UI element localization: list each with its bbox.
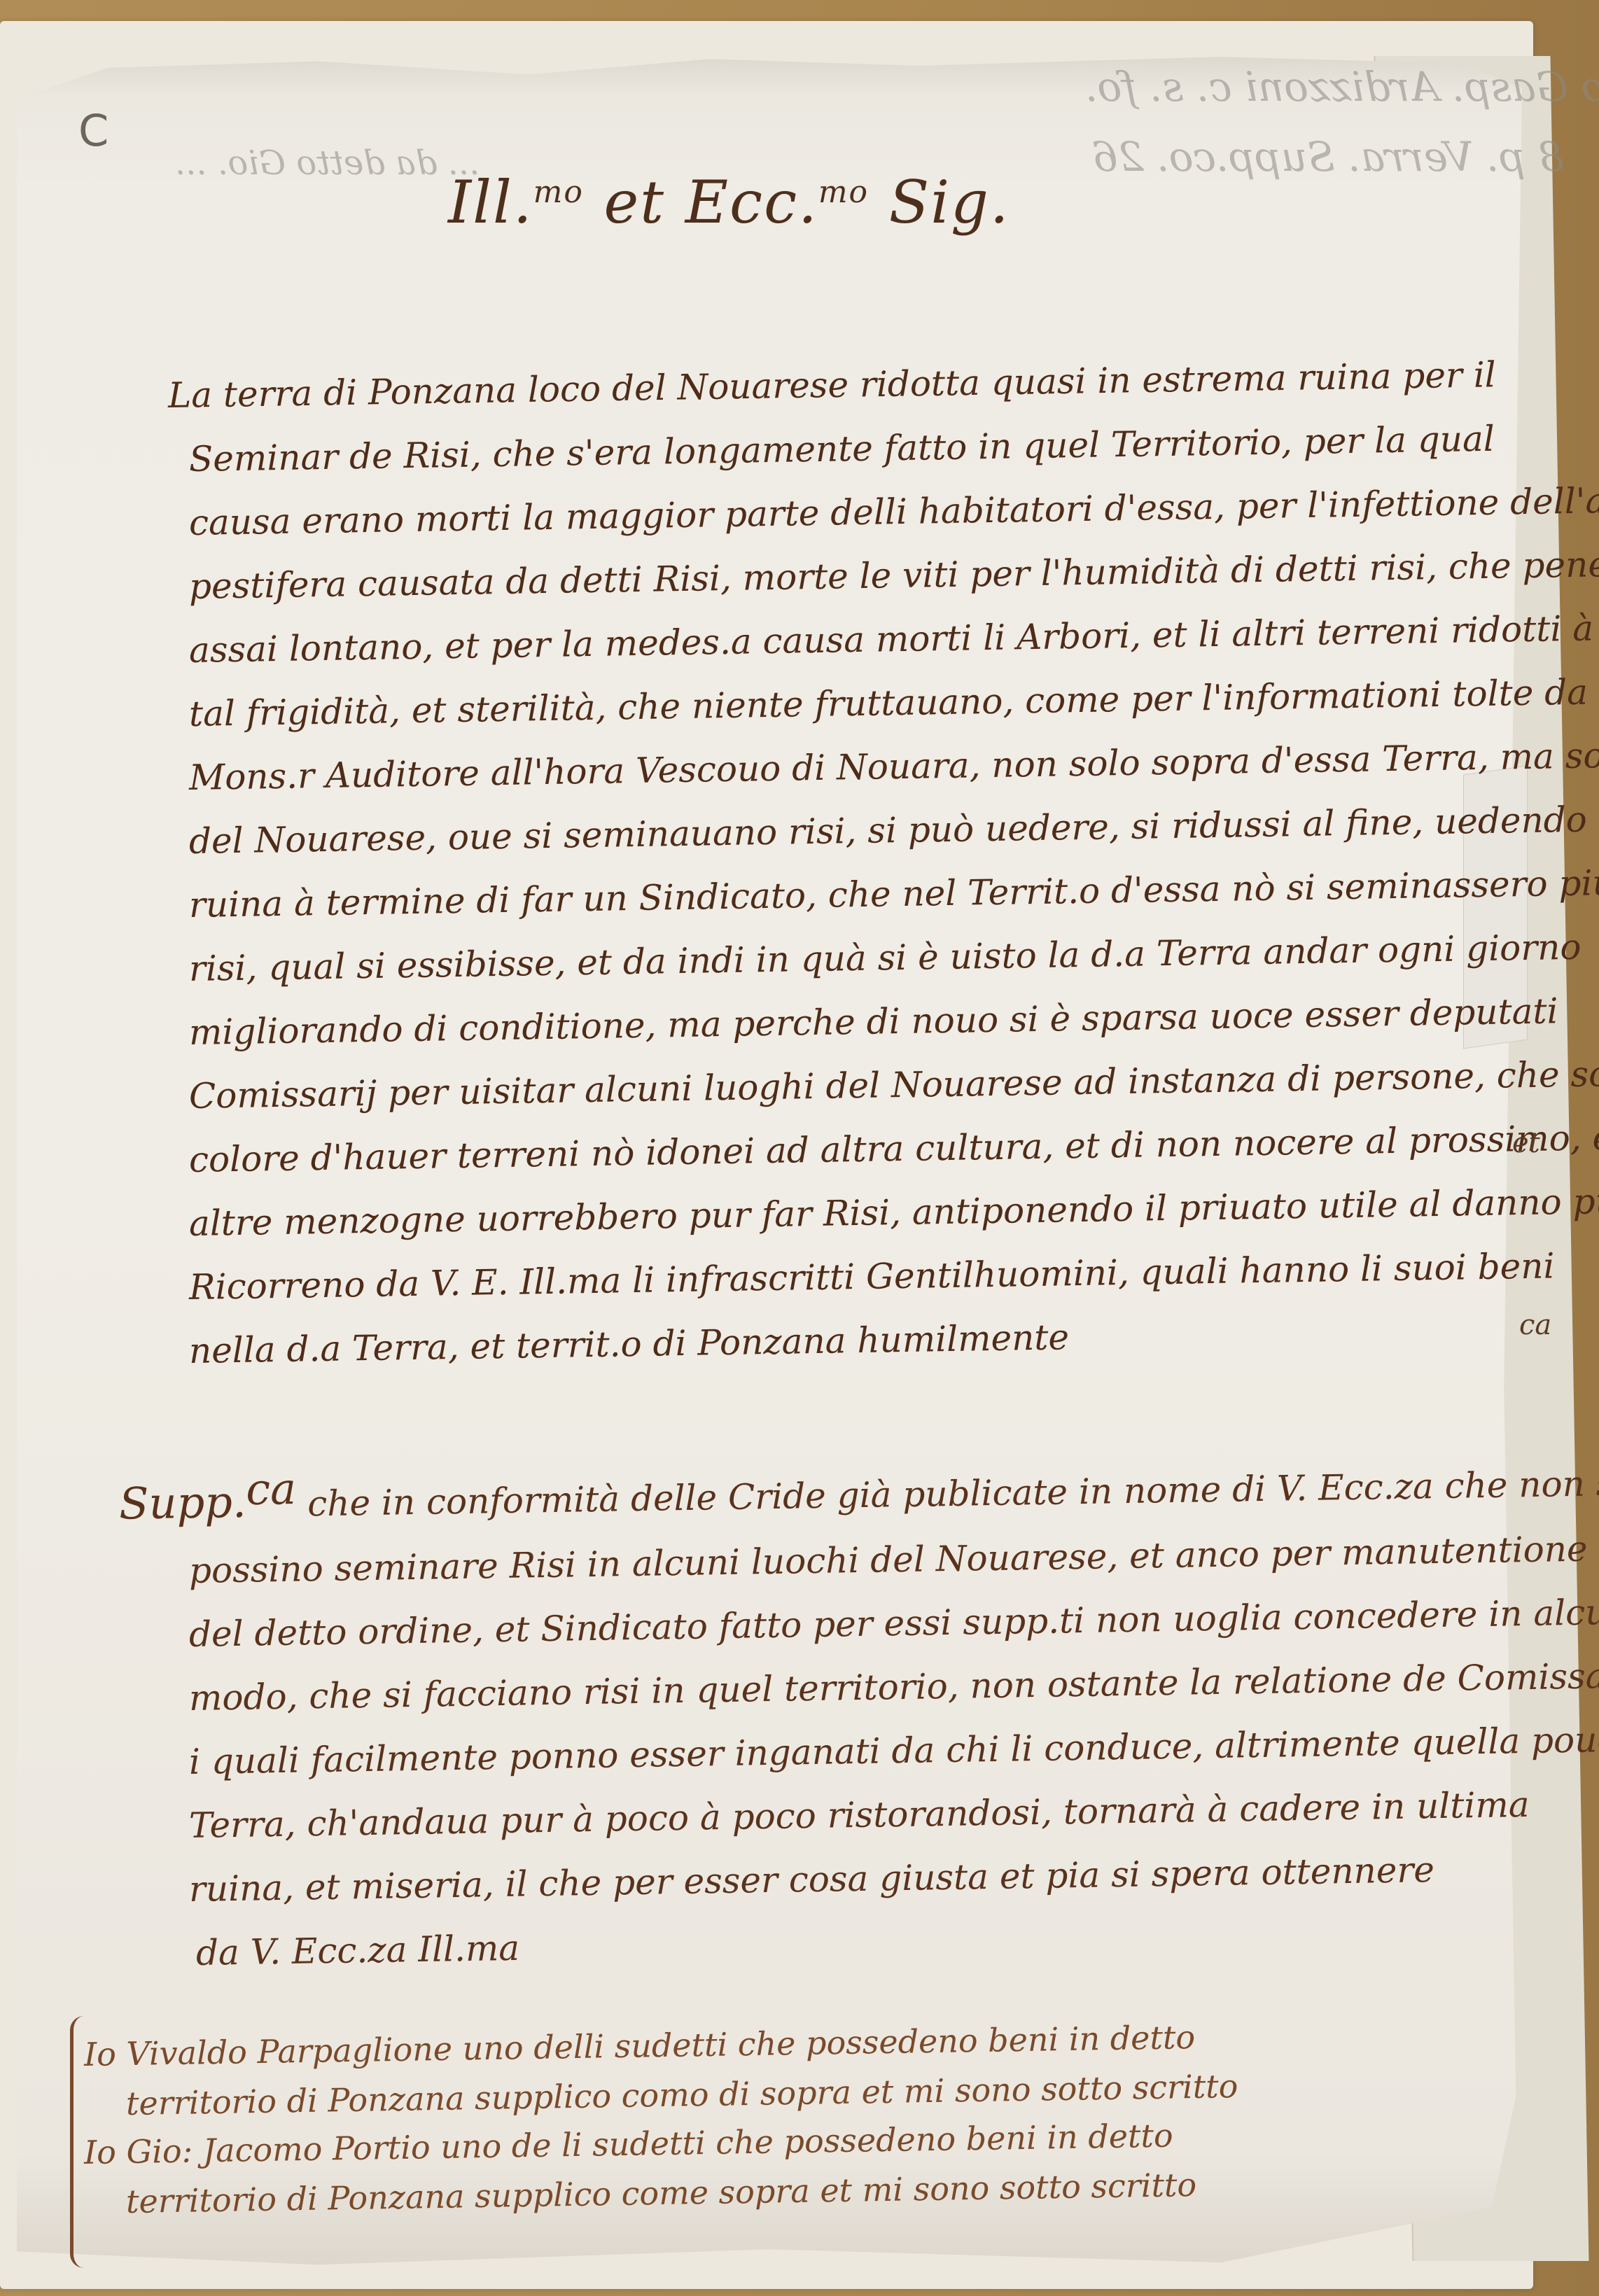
bleed-through-text: 8 p. Verra. Supp.co. 26	[1092, 133, 1564, 181]
supplica-line: che in conformità delle Cride già public…	[307, 1463, 1599, 1525]
margin-note: ca	[1519, 1309, 1551, 1341]
supplica-section: Supp.ca che in conformità delle Cride gi…	[119, 1459, 1519, 1985]
bleed-through-text: ... da detto Gio. ...	[175, 143, 480, 183]
salutation-part: Sig.	[869, 168, 1010, 237]
margin-note: et	[1512, 1127, 1540, 1159]
salutation-part: et Ecc.	[584, 168, 818, 237]
bleed-through-text: Io Gasp. Ardizzoni c. s. fo.	[1085, 63, 1599, 111]
petition-body: La terra di Ponzana loco del Nouarese ri…	[189, 364, 1519, 1383]
salutation-superscript: mo	[818, 174, 869, 210]
salutation-heading: Ill.mo et Ecc.mo Sig.	[448, 168, 1010, 237]
supplica-label-superscript: ca	[246, 1463, 297, 1515]
salutation-superscript: mo	[533, 174, 584, 210]
folio-mark: C	[78, 105, 109, 156]
salutation-part: Ill.	[448, 168, 533, 237]
signatures-block: Io Vivaldo Parpaglione uno delli sudetti…	[77, 2030, 1477, 2226]
supplica-label: Supp.	[119, 1476, 247, 1529]
